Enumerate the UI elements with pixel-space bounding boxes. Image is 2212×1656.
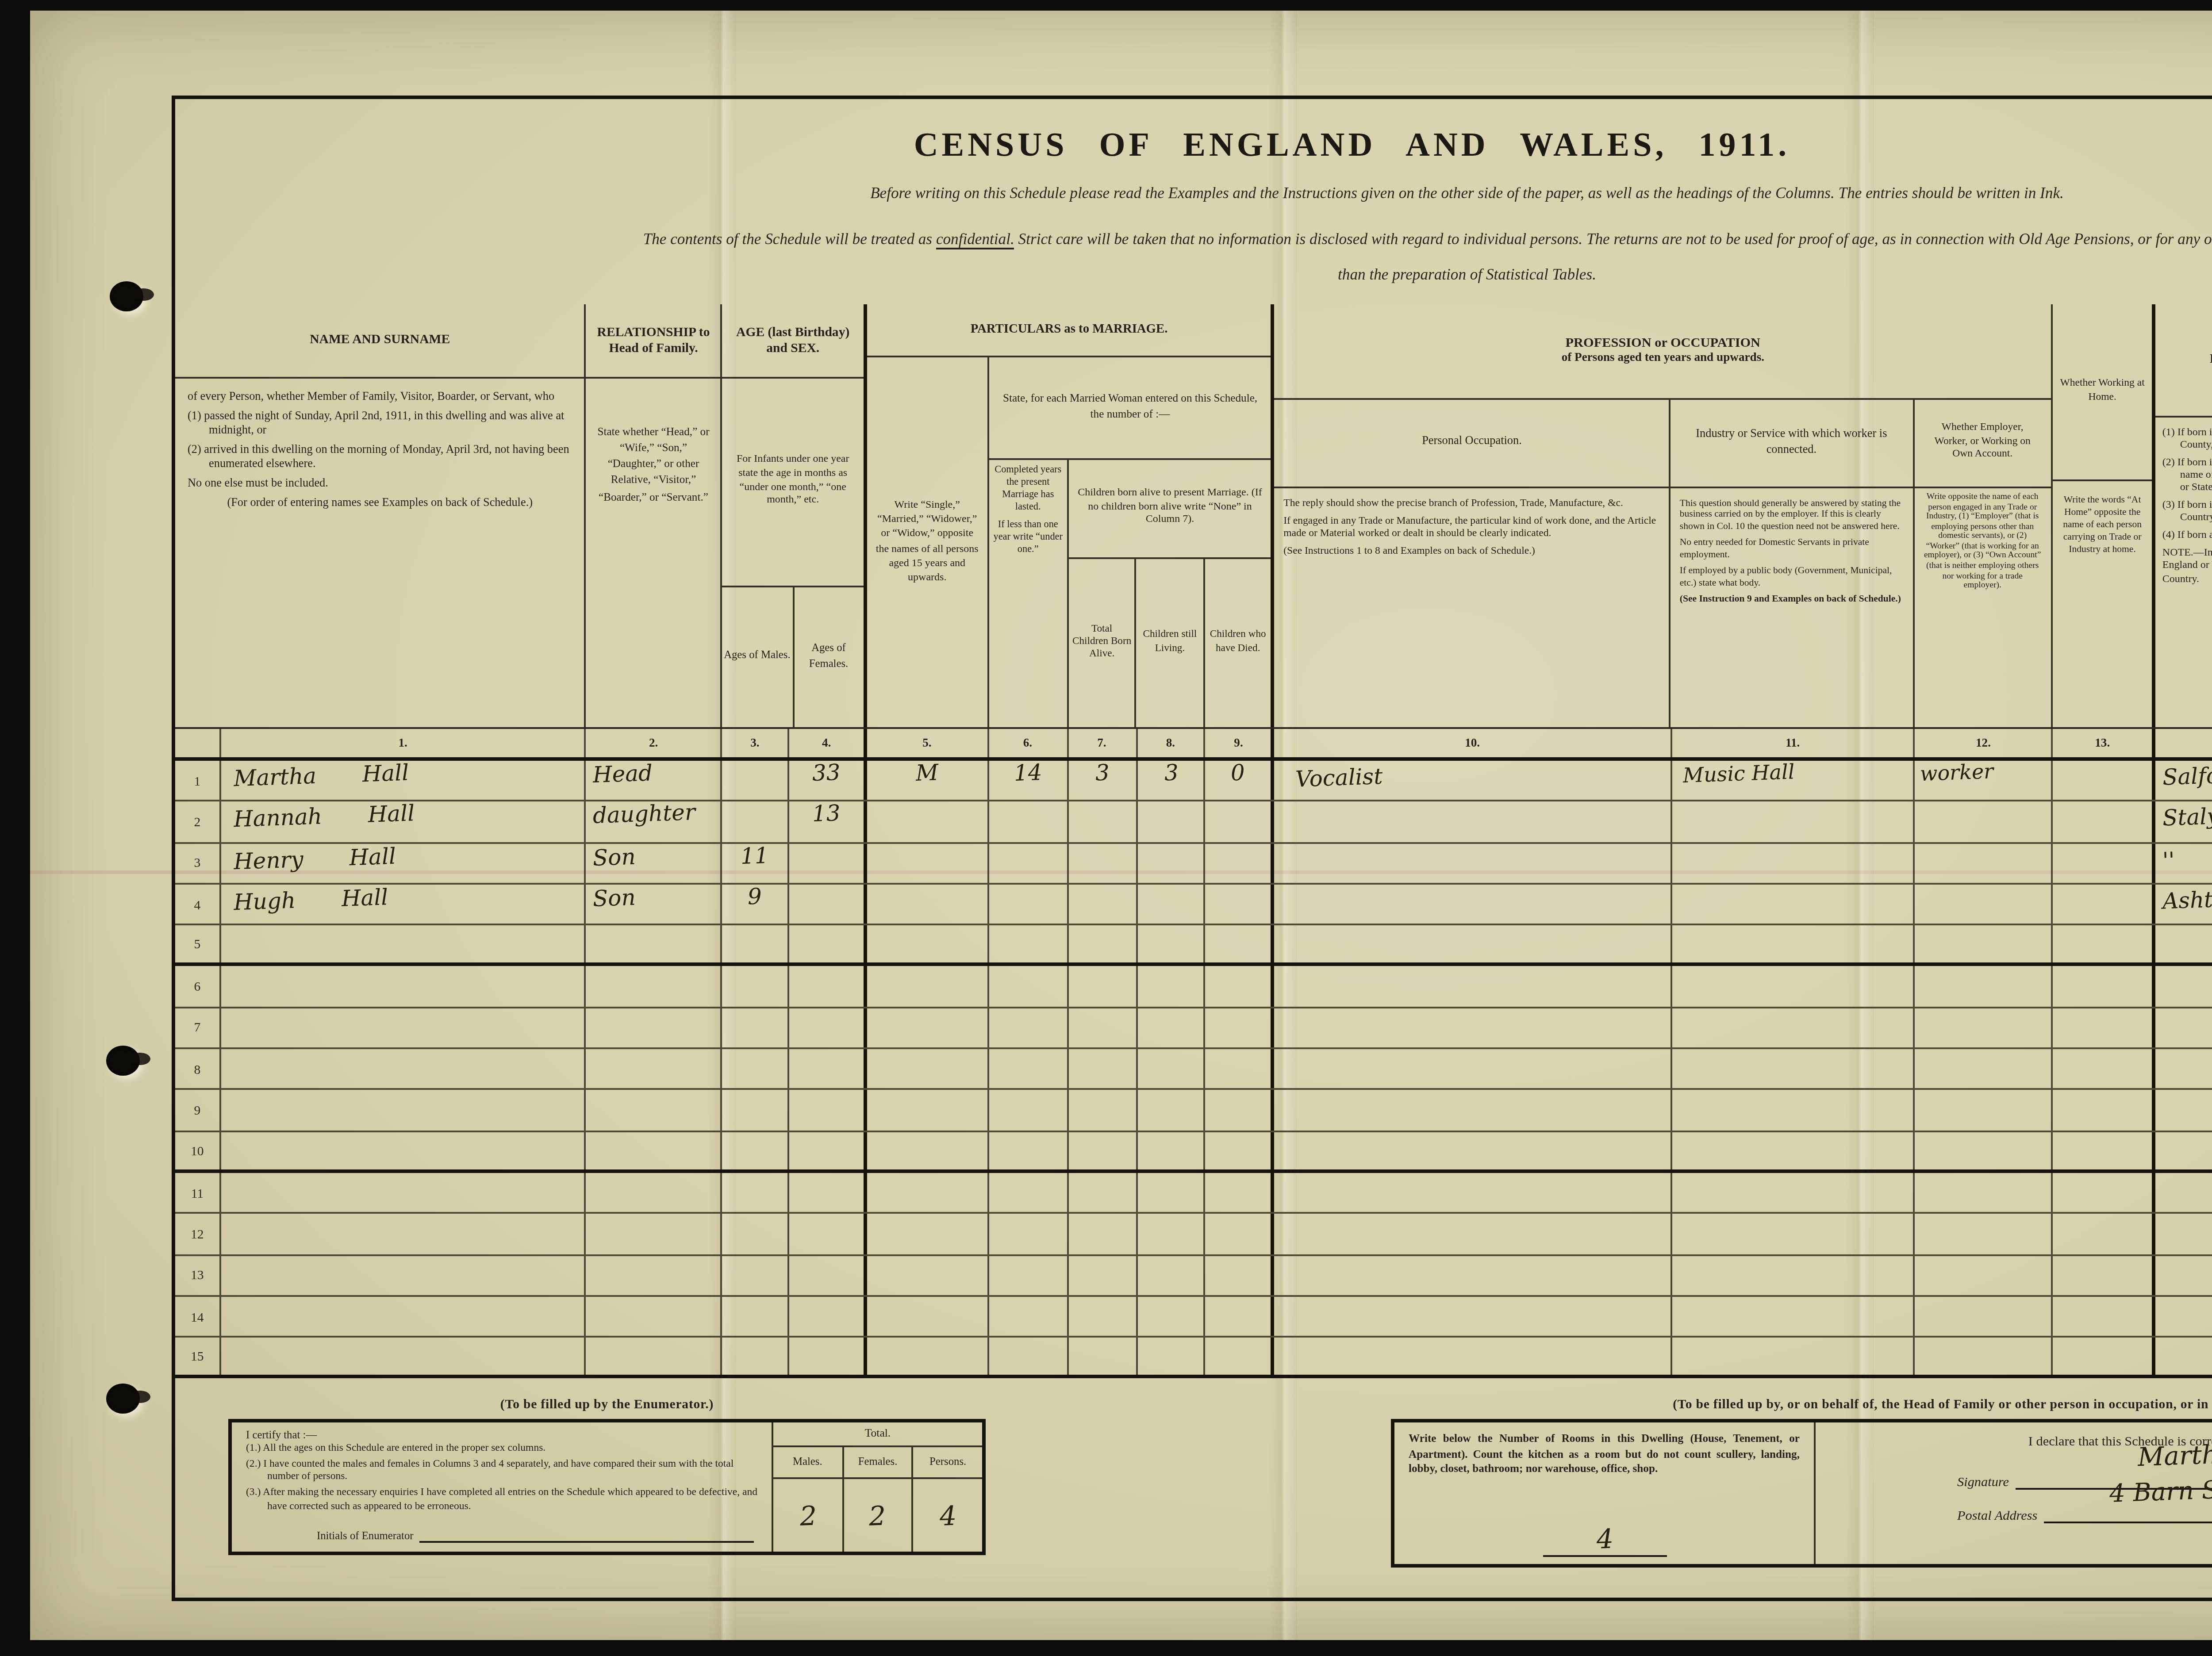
cell-relationship: [587, 1091, 722, 1130]
handwriting-birthplace: '''': [2155, 840, 2212, 872]
cell-birthplace: [2155, 1091, 2212, 1130]
row-number: 10: [175, 1132, 221, 1169]
confidential-underline: confidential.: [936, 230, 1014, 249]
cell-years: [989, 1338, 1068, 1376]
table-row: 14: [175, 1296, 2212, 1338]
cell-at_home: [2053, 1338, 2155, 1376]
cell-age_m: [722, 1296, 790, 1336]
row-number: 13: [175, 1255, 221, 1295]
cell-birthplace: [2155, 1132, 2212, 1169]
cell-relationship: [587, 1008, 722, 1047]
handwriting-occupation: Vocalist: [1275, 755, 1692, 792]
header-col-profession: PROFESSION or OCCUPATION of Persons aged…: [1275, 304, 2053, 727]
totals-males-value: 2: [799, 1499, 817, 1531]
cell-relationship: daughter: [587, 802, 722, 841]
postal-address-line: 4 Barn Sᵗ Wʳ Openshaw: [2044, 1504, 2212, 1523]
cell-living: [1137, 885, 1206, 924]
handwriting-name: Henry Hall: [221, 839, 585, 874]
cell-born: [1068, 1338, 1137, 1376]
cell-years: [989, 1255, 1068, 1295]
cell-born: [1068, 802, 1137, 841]
cell-died: [1206, 802, 1275, 841]
handwriting-died: 0: [1206, 761, 1271, 786]
cell-living: [1137, 1296, 1206, 1336]
cell-died: [1206, 1338, 1275, 1376]
row-number: 4: [175, 885, 221, 924]
cell-industry: [1672, 885, 1916, 924]
column-number-row: 1.2.3.4.5.6.7.8.9.10.11.12.13.14.15.16.: [175, 729, 2212, 761]
cell-industry: [1672, 1173, 1916, 1212]
confidential-notice: The contents of the Schedule will be tre…: [193, 230, 2212, 248]
cell-age_m: [722, 802, 790, 841]
cell-occupation: [1275, 926, 1672, 963]
cell-marital: M: [867, 761, 989, 800]
cell-living: [1137, 967, 1206, 1006]
header-married-woman: State, for each Married Woman entered on…: [989, 357, 1271, 460]
handwriting-industry: Music Hall: [1671, 758, 1924, 787]
row-number: 5: [175, 926, 221, 963]
cell-born: [1068, 926, 1137, 963]
header-col-relationship: RELATIONSHIP to Head of Family. State wh…: [586, 304, 722, 727]
cell-born: [1068, 1091, 1137, 1130]
cell-died: [1206, 1008, 1275, 1047]
signature-value: Martha Hall: [2138, 1439, 2212, 1473]
cell-birthplace: [2155, 926, 2212, 963]
cell-age_m: [722, 1049, 790, 1089]
cell-marital: [867, 1214, 989, 1253]
cell-industry: [1672, 1132, 1916, 1169]
cell-relationship: [587, 1173, 722, 1212]
header-col-age-sex: AGE (last Birthday) and SEX. For Infants…: [722, 304, 867, 727]
cell-occupation: [1275, 1132, 1672, 1169]
cell-born: [1068, 1255, 1137, 1295]
cell-occupation: [1275, 1049, 1672, 1089]
table-row: 7: [175, 1008, 2212, 1049]
cell-died: [1206, 926, 1275, 963]
cell-age_f: [789, 1214, 867, 1253]
enumerator-initials-line: [419, 1527, 754, 1543]
cell-employment: [1915, 1008, 2053, 1047]
cell-living: [1137, 1049, 1206, 1089]
cell-occupation: [1275, 885, 1672, 924]
row-number-header: [175, 729, 221, 757]
schedule-form-border: CENSUS OF ENGLAND AND WALES, 1911. Befor…: [172, 96, 2212, 1601]
cell-occupation: [1275, 1008, 1672, 1047]
cell-at_home: [2053, 1049, 2155, 1089]
cell-years: 14: [989, 761, 1068, 800]
cell-age_f: [789, 1338, 867, 1376]
head-of-family-caption: (To be filled up by, or on behalf of, th…: [1308, 1396, 2212, 1412]
cell-name: [221, 1296, 587, 1336]
cell-relationship: [587, 967, 722, 1006]
cell-years: [989, 967, 1068, 1006]
totals-persons-label: Persons.: [914, 1447, 982, 1477]
cell-relationship: [587, 1338, 722, 1376]
column-number-12: 12.: [1915, 729, 2053, 757]
handwriting-relationship: Son: [586, 884, 728, 911]
cell-born: 3: [1068, 761, 1137, 800]
cell-name: [221, 1049, 587, 1089]
cell-at_home: [2053, 885, 2155, 924]
cell-born: [1068, 1214, 1137, 1253]
cell-occupation: [1275, 967, 1672, 1006]
table-row: 8: [175, 1049, 2212, 1090]
cell-died: [1206, 1296, 1275, 1336]
row-number: 12: [175, 1214, 221, 1253]
column-number-7: 7.: [1068, 729, 1137, 757]
handwriting-relationship: Head: [586, 760, 728, 787]
punch-hole: [110, 281, 143, 311]
cell-born: [1068, 843, 1137, 882]
table-row: 13: [175, 1255, 2212, 1296]
cell-employment: [1915, 926, 2053, 963]
handwriting-name: Hugh Hall: [221, 880, 585, 915]
cell-relationship: [587, 1049, 722, 1089]
handwriting-age_f: 33: [789, 761, 864, 786]
cell-occupation: [1275, 1173, 1672, 1212]
cell-birthplace: [2155, 1008, 2212, 1047]
cell-age_f: [789, 843, 867, 882]
totals-persons-value: 4: [939, 1499, 957, 1531]
header-marital-status: Write “Single,” “Married,” “Widower,” or…: [867, 357, 989, 727]
cell-birthplace: Stalybridge'': [2155, 802, 2212, 841]
cell-living: [1137, 926, 1206, 963]
cell-birthplace: [2155, 1049, 2212, 1089]
cell-relationship: [587, 1214, 722, 1253]
declaration-box: Write below the Number of Rooms in this …: [1391, 1419, 2212, 1568]
rooms-section: Write below the Number of Rooms in this …: [1394, 1422, 1816, 1564]
cell-industry: [1672, 1008, 1916, 1047]
cell-at_home: [2053, 843, 2155, 882]
cell-born: [1068, 967, 1137, 1006]
column-number-10: 10.: [1275, 729, 1672, 757]
cell-living: [1137, 1255, 1206, 1295]
row-number: 15: [175, 1338, 221, 1376]
cell-died: [1206, 1255, 1275, 1295]
cell-living: [1137, 1091, 1206, 1130]
cell-age_f: [789, 1296, 867, 1336]
row-number: 2: [175, 802, 221, 841]
cell-occupation: [1275, 802, 1672, 841]
cell-died: [1206, 1173, 1275, 1212]
totals-females-label: Females.: [844, 1447, 914, 1477]
header-children-born: Children born alive to present Marriage.…: [1069, 460, 1271, 559]
cell-name: [221, 1173, 587, 1212]
cell-living: [1137, 843, 1206, 882]
enumerator-certification: I certify that :— (1.) All the ages on t…: [232, 1422, 773, 1552]
cell-employment: [1915, 1091, 2053, 1130]
row-number: 6: [175, 967, 221, 1006]
row-number: 14: [175, 1296, 221, 1336]
cell-name: [221, 926, 587, 963]
handwriting-employment: worker: [1915, 760, 2057, 785]
column-number-1: 1.: [221, 729, 587, 757]
cell-age_m: [722, 1214, 790, 1253]
cell-occupation: [1275, 1214, 1672, 1253]
cell-birthplace: SalfordLancs: [2155, 761, 2212, 800]
table-row: 12: [175, 1214, 2212, 1255]
table-row: 15: [175, 1338, 2212, 1379]
cell-years: [989, 802, 1068, 841]
table-row: 4Hugh HallSon9Ashton'': [175, 885, 2212, 926]
cell-born: [1068, 1132, 1137, 1169]
cell-born: [1068, 1296, 1137, 1336]
cell-name: [221, 967, 587, 1006]
handwriting-age_m: 9: [722, 885, 788, 909]
cell-relationship: [587, 1255, 722, 1295]
cell-industry: [1672, 802, 1916, 841]
cell-died: [1206, 1091, 1275, 1130]
cell-marital: [867, 1008, 989, 1047]
table-row: 3Henry HallSon11'''': [175, 843, 2212, 884]
table-row: 10: [175, 1132, 2212, 1173]
cell-birthplace: Ashton'': [2155, 885, 2212, 924]
row-number: 9: [175, 1091, 221, 1130]
cell-age_m: [722, 1091, 790, 1130]
cell-age_f: [789, 1132, 867, 1169]
cell-marital: [867, 1091, 989, 1130]
cell-age_m: [722, 1255, 790, 1295]
handwriting-age_m: 11: [722, 844, 788, 868]
cell-at_home: [2053, 1255, 2155, 1295]
cell-age_m: [722, 1008, 790, 1047]
cell-name: [221, 1132, 587, 1169]
row-number: 3: [175, 843, 221, 882]
table-row: 5: [175, 926, 2212, 967]
cell-name: Hugh Hall: [221, 885, 587, 924]
form-title: CENSUS OF ENGLAND AND WALES, 1911.: [175, 127, 2212, 166]
handwriting-born: 3: [1068, 761, 1136, 786]
cell-age_f: 13: [789, 802, 867, 841]
cell-marital: [867, 1173, 989, 1212]
cell-marital: [867, 802, 989, 841]
cell-born: [1068, 1173, 1137, 1212]
cell-relationship: [587, 1296, 722, 1336]
cell-industry: [1672, 1338, 1916, 1376]
header-ages-females: Ages of Females.: [794, 587, 864, 727]
cell-at_home: [2053, 802, 2155, 841]
cell-employment: [1915, 1338, 2053, 1376]
cell-employment: [1915, 843, 2053, 882]
cell-name: [221, 1214, 587, 1253]
cell-age_m: [722, 1132, 790, 1169]
cell-at_home: [2053, 1091, 2155, 1130]
cell-marital: [867, 926, 989, 963]
cell-age_f: [789, 1008, 867, 1047]
cell-name: [221, 1338, 587, 1376]
cell-employment: [1915, 1214, 2053, 1253]
cell-died: [1206, 843, 1275, 882]
cell-occupation: [1275, 843, 1672, 882]
cell-age_m: [722, 761, 790, 800]
cell-employment: [1915, 1132, 2053, 1169]
handwriting-years: 14: [988, 761, 1067, 786]
cell-at_home: [2053, 926, 2155, 963]
cell-age_f: [789, 1091, 867, 1130]
header-years-married: Completed years the present Marriage has…: [989, 460, 1069, 727]
cell-birthplace: [2155, 1173, 2212, 1212]
cell-years: [989, 1049, 1068, 1089]
header-ages-males: Ages of Males.: [722, 587, 794, 727]
cell-born: [1068, 885, 1137, 924]
cell-name: [221, 1008, 587, 1047]
declaration-section: I declare that this Schedule is correctl…: [1816, 1422, 2212, 1564]
header-children-died: Children who have Died.: [1205, 559, 1271, 727]
cell-employment: [1915, 1255, 2053, 1295]
cell-occupation: [1275, 1338, 1672, 1376]
column-number-9: 9.: [1206, 729, 1275, 757]
cell-died: [1206, 1132, 1275, 1169]
cell-name: Martha Hall: [221, 761, 587, 800]
cell-name: [221, 1255, 587, 1295]
cell-marital: [867, 885, 989, 924]
cell-at_home: [2053, 1214, 2155, 1253]
column-number-13: 13.: [2053, 729, 2155, 757]
cell-age_f: [789, 1049, 867, 1089]
cell-age_f: [789, 1255, 867, 1295]
confidential-notice-line2: than the preparation of Statistical Tabl…: [193, 265, 2212, 283]
census-scan-page: CENSUS OF ENGLAND AND WALES, 1911. Befor…: [0, 0, 2212, 1656]
cell-at_home: [2053, 1173, 2155, 1212]
cell-years: [989, 885, 1068, 924]
cell-years: [989, 1091, 1068, 1130]
cell-marital: [867, 1049, 989, 1089]
handwriting-birthplace: SalfordLancs: [2155, 758, 2212, 790]
cell-relationship: Head: [587, 761, 722, 800]
table-row: 11: [175, 1173, 2212, 1214]
cell-age_f: 33: [789, 761, 867, 800]
cell-employment: [1915, 967, 2053, 1006]
cell-age_f: [789, 1173, 867, 1212]
cell-years: [989, 1296, 1068, 1336]
handwriting-age_f: 13: [789, 802, 864, 827]
punch-hole: [106, 1046, 140, 1076]
cell-age_m: [722, 1173, 790, 1212]
table-row: 2Hannah Halldaughter13Stalybridge'': [175, 802, 2212, 843]
cell-birthplace: [2155, 1255, 2212, 1295]
table-rows: 1Martha HallHead33M14330VocalistMusic Ha…: [175, 761, 2212, 1379]
cell-industry: [1672, 926, 1916, 963]
cell-employment: worker: [1915, 761, 2053, 800]
cell-born: [1068, 1049, 1137, 1089]
totals-females-value: 2: [869, 1499, 887, 1531]
totals-table: Total. Males. Females. Persons. 2 2 4: [773, 1422, 982, 1552]
cell-at_home: [2053, 1296, 2155, 1336]
cell-years: [989, 1214, 1068, 1253]
cell-industry: [1672, 1049, 1916, 1089]
cell-at_home: [2053, 1132, 2155, 1169]
column-number-2: 2.: [587, 729, 722, 757]
cell-years: [989, 1132, 1068, 1169]
cell-living: 3: [1137, 761, 1206, 800]
cell-employment: [1915, 1296, 2053, 1336]
cell-name: Henry Hall: [221, 843, 587, 882]
handwriting-relationship: Son: [586, 843, 728, 870]
cell-relationship: [587, 1132, 722, 1169]
enumerator-caption: (To be filled up by the Enumerator.): [228, 1396, 986, 1412]
cell-years: [989, 926, 1068, 963]
column-number-3: 3.: [722, 729, 790, 757]
cell-name: Hannah Hall: [221, 802, 587, 841]
cell-died: [1206, 1214, 1275, 1253]
rooms-value: 4: [1542, 1521, 1667, 1557]
cell-birthplace: [2155, 1214, 2212, 1253]
cell-relationship: Son: [587, 843, 722, 882]
enumerator-initials-row: Initials of Enumerator: [246, 1527, 761, 1548]
cell-age_m: [722, 967, 790, 1006]
cell-industry: [1672, 843, 1916, 882]
cell-occupation: [1275, 1255, 1672, 1295]
cell-died: [1206, 1049, 1275, 1089]
cell-living: [1137, 1173, 1206, 1212]
column-number-11: 11.: [1672, 729, 1916, 757]
cell-employment: [1915, 1049, 2053, 1089]
column-number-8: 8.: [1137, 729, 1206, 757]
table-header: NAME AND SURNAME of every Person, whethe…: [175, 304, 2212, 729]
cell-age_m: 11: [722, 843, 790, 882]
cell-occupation: [1275, 1296, 1672, 1336]
header-personal-occupation: Personal Occupation. The reply should sh…: [1275, 400, 1671, 727]
table-row: 1Martha HallHead33M14330VocalistMusic Ha…: [175, 761, 2212, 802]
postal-address-row: Postal Address 4 Barn Sᵗ Wʳ Openshaw: [1837, 1504, 2212, 1523]
cell-living: [1137, 802, 1206, 841]
cell-relationship: [587, 926, 722, 963]
cell-industry: [1672, 1296, 1916, 1336]
intro-instructions: Before writing on this Schedule please r…: [193, 184, 2212, 202]
cell-age_m: [722, 926, 790, 963]
column-number-4: 4.: [789, 729, 867, 757]
handwriting-name: Hannah Hall: [221, 797, 585, 832]
cell-industry: [1672, 1214, 1916, 1253]
header-col-name: NAME AND SURNAME of every Person, whethe…: [175, 304, 586, 727]
cell-occupation: [1275, 1091, 1672, 1130]
cell-died: 0: [1206, 761, 1275, 800]
cell-employment: [1915, 802, 2053, 841]
cell-age_f: [789, 926, 867, 963]
cell-relationship: Son: [587, 885, 722, 924]
row-number: 8: [175, 1049, 221, 1089]
handwriting-birthplace: Stalybridge'': [2155, 799, 2212, 831]
cell-occupation: Vocalist: [1275, 761, 1672, 800]
cell-at_home: [2053, 761, 2155, 800]
handwriting-birthplace: Ashton'': [2155, 881, 2212, 913]
cell-birthplace: '''': [2155, 843, 2212, 882]
cell-born: [1068, 1008, 1137, 1047]
cell-years: [989, 1173, 1068, 1212]
cell-employment: [1915, 1173, 2053, 1212]
handwriting-name: Martha Hall: [221, 756, 585, 791]
cell-living: [1137, 1214, 1206, 1253]
cell-at_home: [2053, 1008, 2155, 1047]
cell-industry: [1672, 1091, 1916, 1130]
row-number: 11: [175, 1173, 221, 1212]
cell-age_f: [789, 885, 867, 924]
header-employer-worker: Whether Employer, Worker, or Working on …: [1914, 400, 2051, 727]
cell-marital: [867, 1132, 989, 1169]
rooms-value-line: 4: [1542, 1527, 1666, 1557]
header-col-marriage: PARTICULARS as to MARRIAGE. Write “Singl…: [867, 304, 1275, 727]
cell-name: [221, 1091, 587, 1130]
cell-industry: [1672, 1255, 1916, 1295]
row-number: 7: [175, 1008, 221, 1047]
cell-at_home: [2053, 967, 2155, 1006]
cell-age_f: [789, 967, 867, 1006]
handwriting-living: 3: [1137, 761, 1204, 786]
totals-males-label: Males.: [773, 1447, 844, 1477]
cell-marital: [867, 1296, 989, 1336]
cell-living: [1137, 1338, 1206, 1376]
header-col-birthplace: BIRTHPLACE of every person. (1) If born …: [2155, 304, 2212, 727]
